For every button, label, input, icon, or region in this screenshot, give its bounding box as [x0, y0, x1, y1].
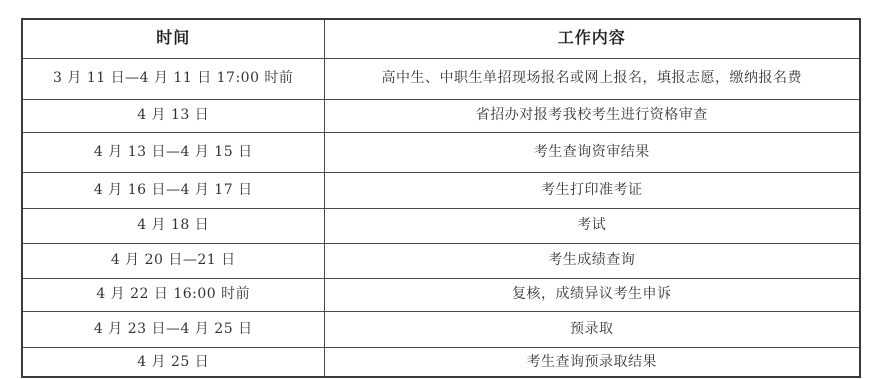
task-cell: 考生打印准考证 [324, 172, 860, 208]
time-cell: 4 月 22 日 16:00 时前 [22, 278, 324, 311]
table-row: 4 月 23 日—4 月 25 日 预录取 [22, 311, 860, 347]
column-header-task: 工作内容 [324, 19, 860, 58]
task-cell: 预录取 [324, 311, 860, 347]
column-header-time: 时间 [22, 19, 324, 58]
task-cell: 考生查询资审结果 [324, 132, 860, 172]
table-row: 4 月 13 日—4 月 15 日 考生查询资审结果 [22, 132, 860, 172]
time-cell: 4 月 18 日 [22, 208, 324, 243]
table-row: 4 月 22 日 16:00 时前 复核，成绩异议考生申诉 [22, 278, 860, 311]
task-cell: 高中生、中职生单招现场报名或网上报名，填报志愿，缴纳报名费 [324, 58, 860, 99]
task-cell: 考试 [324, 208, 860, 243]
schedule-table: 时间 工作内容 3 月 11 日—4 月 11 日 17:00 时前 高中生、中… [21, 18, 861, 378]
task-cell: 考生成绩查询 [324, 243, 860, 278]
table-row: 4 月 18 日 考试 [22, 208, 860, 243]
time-cell: 4 月 13 日—4 月 15 日 [22, 132, 324, 172]
time-cell: 4 月 25 日 [22, 347, 324, 377]
time-cell: 3 月 11 日—4 月 11 日 17:00 时前 [22, 58, 324, 99]
time-cell: 4 月 13 日 [22, 99, 324, 132]
table-row: 3 月 11 日—4 月 11 日 17:00 时前 高中生、中职生单招现场报名… [22, 58, 860, 99]
task-cell: 考生查询预录取结果 [324, 347, 860, 377]
table-row: 4 月 20 日—21 日 考生成绩查询 [22, 243, 860, 278]
time-cell: 4 月 16 日—4 月 17 日 [22, 172, 324, 208]
task-cell: 复核，成绩异议考生申诉 [324, 278, 860, 311]
task-cell: 省招办对报考我校考生进行资格审查 [324, 99, 860, 132]
table-row: 4 月 13 日 省招办对报考我校考生进行资格审查 [22, 99, 860, 132]
page: 时间 工作内容 3 月 11 日—4 月 11 日 17:00 时前 高中生、中… [0, 0, 876, 379]
time-cell: 4 月 20 日—21 日 [22, 243, 324, 278]
table-header-row: 时间 工作内容 [22, 19, 860, 58]
table-row: 4 月 25 日 考生查询预录取结果 [22, 347, 860, 377]
table-row: 4 月 16 日—4 月 17 日 考生打印准考证 [22, 172, 860, 208]
time-cell: 4 月 23 日—4 月 25 日 [22, 311, 324, 347]
